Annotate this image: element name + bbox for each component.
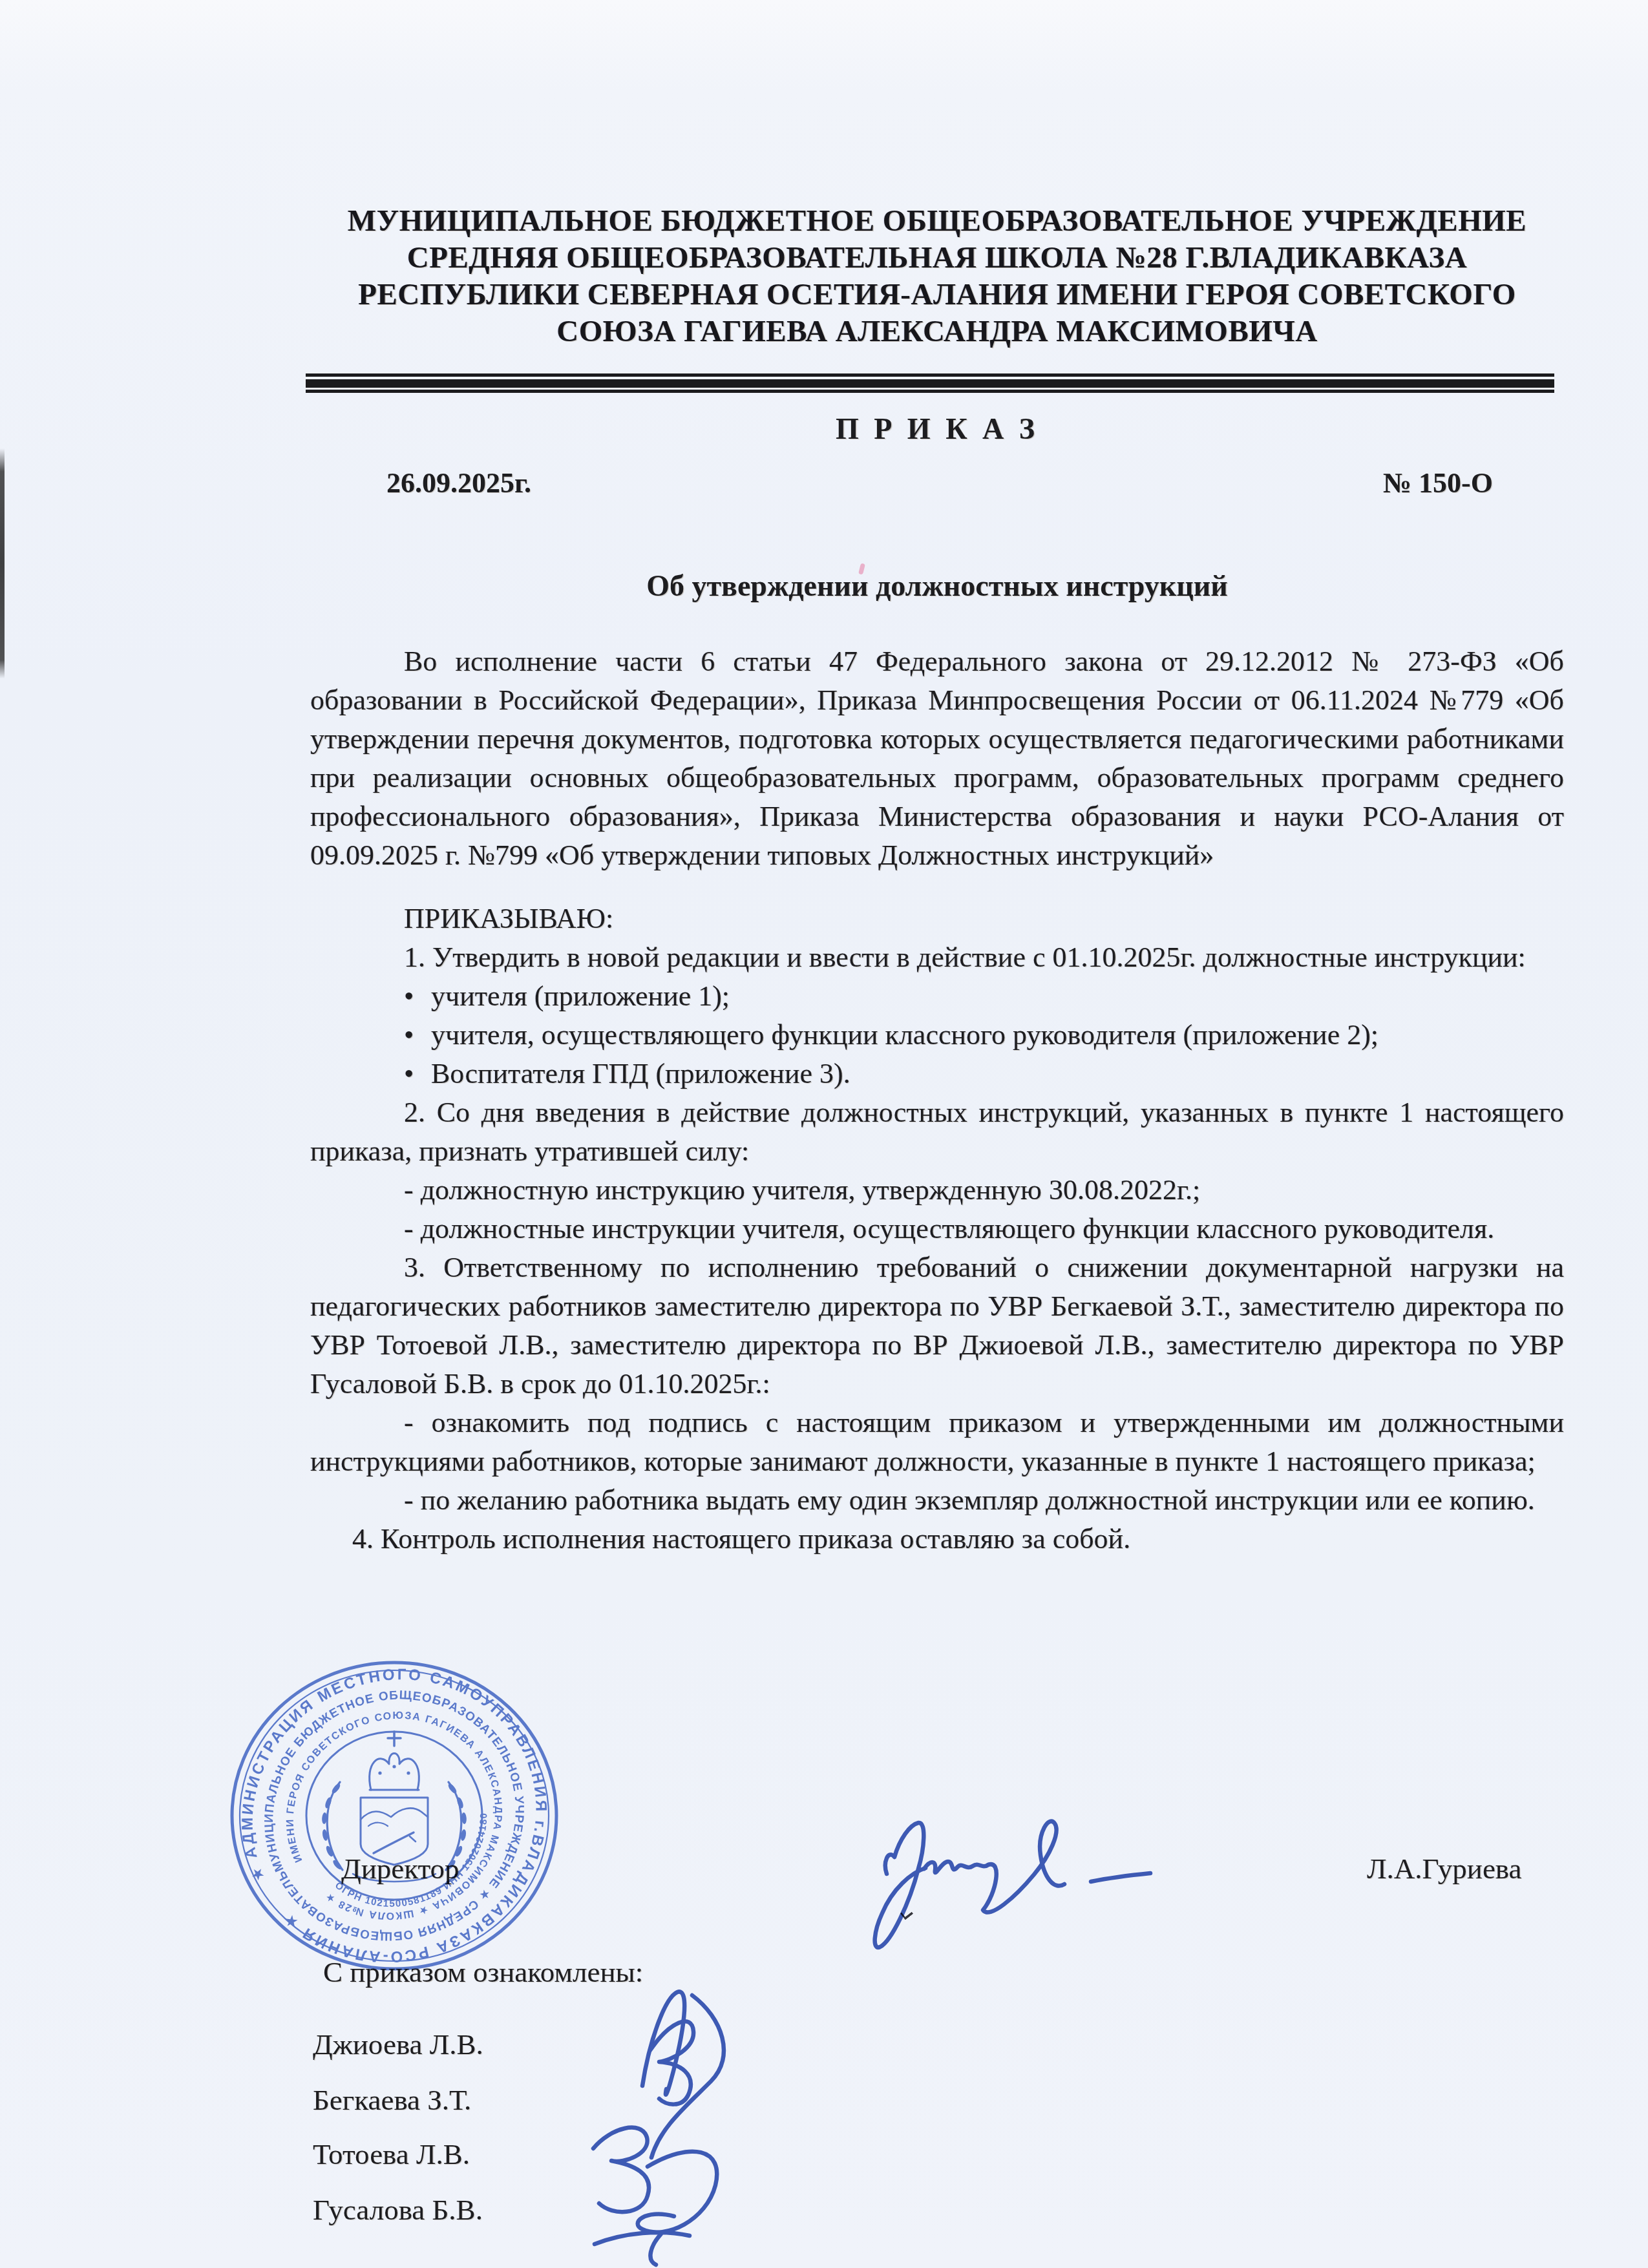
- scanned-order-page: МУНИЦИПАЛЬНОЕ БЮДЖЕТНОЕ ОБЩЕОБРАЗОВАТЕЛЬ…: [0, 0, 1648, 2268]
- org-header-line-1: МУНИЦИПАЛЬНОЕ БЮДЖЕТНОЕ ОБЩЕОБРАЗОВАТЕЛЬ…: [310, 203, 1564, 240]
- director-signature-svg: [827, 1770, 1189, 1977]
- school-coat-of-arms-icon: [322, 1732, 467, 1882]
- order-number: № 150-О: [1383, 467, 1493, 499]
- order-meta-row: 26.09.2025г. № 150-О: [310, 467, 1564, 500]
- svg-text:МУНИЦИПАЛЬНОЕ БЮДЖЕТНОЕ ОБЩЕОБ: МУНИЦИПАЛЬНОЕ БЮДЖЕТНОЕ ОБЩЕОБРАЗОВАТЕЛЬ…: [225, 1655, 564, 1976]
- acknowledged-name-dzhioeva: Джиоева Л.В.: [313, 2028, 483, 2061]
- bullet-teacher: учителя (приложение 1);: [310, 977, 1564, 1016]
- acknowledged-name-totoeva: Тотоева Л.В.: [313, 2137, 470, 2171]
- header-divider-thin-top: [306, 373, 1554, 377]
- paragraph-revoke-2: - должностные инструкции учителя, осущес…: [310, 1210, 1564, 1248]
- paragraph-familiarize: - ознакомить под подпись с настоящим при…: [310, 1403, 1564, 1481]
- paragraph-preamble: Во исполнение части 6 статьи 47 Федераль…: [310, 642, 1564, 875]
- paragraph-prikazyvayu: ПРИКАЗЫВАЮ:: [310, 899, 1564, 938]
- school-round-stamp: ★ АДМИНИСТРАЦИЯ МЕСТНОГО САМОУПРАВЛЕНИЯ …: [225, 1655, 564, 1976]
- organization-header: МУНИЦИПАЛЬНОЕ БЮДЖЕТНОЕ ОБЩЕОБРАЗОВАТЕЛЬ…: [310, 203, 1564, 350]
- school-round-stamp-svg: ★ АДМИНИСТРАЦИЯ МЕСТНОГО САМОУПРАВЛЕНИЯ …: [225, 1655, 564, 1976]
- order-heading: П Р И К А З: [310, 412, 1564, 446]
- acknowledged-name-begkaeva: Бегкаева З.Т.: [313, 2083, 471, 2117]
- paragraph-revoke-1: - должностную инструкцию учителя, утверж…: [310, 1171, 1564, 1210]
- paragraph-item-2: 2. Со дня введения в действие должностны…: [310, 1093, 1564, 1171]
- scan-edge-artifact: [0, 448, 5, 678]
- paragraph-item-4: 4. Контроль исполнения настоящего приказ…: [310, 1520, 1564, 1559]
- order-title: Об утверждении должностных инструкций: [310, 569, 1564, 603]
- acknowledged-name-gusalova: Гусалова Б.В.: [313, 2193, 483, 2227]
- order-date: 26.09.2025г.: [386, 467, 531, 499]
- bullet-gpd-teacher: Воспитателя ГПД (приложение 3).: [310, 1055, 1564, 1093]
- order-body: Во исполнение части 6 статьи 47 Федераль…: [310, 642, 1564, 1559]
- org-header-line-3: РЕСПУБЛИКИ СЕВЕРНАЯ ОСЕТИЯ-АЛАНИЯ ИМЕНИ …: [310, 277, 1564, 313]
- header-divider-thin-bottom: [306, 390, 1554, 393]
- acknowledged-signatures-svg: [498, 1972, 847, 2268]
- stamp-ring-texts: ★ АДМИНИСТРАЦИЯ МЕСТНОГО САМОУПРАВЛЕНИЯ …: [225, 1655, 564, 1976]
- paragraph-item-3: 3. Ответственному по исполнению требован…: [310, 1248, 1564, 1403]
- acknowledged-signatures: [498, 1972, 847, 2268]
- stamp-ring-middle-text: МУНИЦИПАЛЬНОЕ БЮДЖЕТНОЕ ОБЩЕОБРАЗОВАТЕЛЬ…: [225, 1655, 564, 1976]
- bullet-class-teacher: учителя, осуществляющего функции классно…: [310, 1016, 1564, 1055]
- paragraph-copy: - по желанию работника выдать ему один э…: [310, 1481, 1564, 1520]
- org-header-line-2: СРЕДНЯЯ ОБЩЕОБРАЗОВАТЕЛЬНАЯ ШКОЛА №28 Г.…: [310, 240, 1564, 277]
- paragraph-item-1: 1. Утвердить в новой редакции и ввести в…: [310, 938, 1564, 977]
- org-header-line-4: СОЮЗА ГАГИЕВА АЛЕКСАНДРА МАКСИМОВИЧА: [310, 313, 1564, 350]
- director-name: Л.А.Гуриева: [1367, 1852, 1522, 1885]
- header-divider-thick: [306, 379, 1554, 388]
- director-signature: [827, 1770, 1189, 1977]
